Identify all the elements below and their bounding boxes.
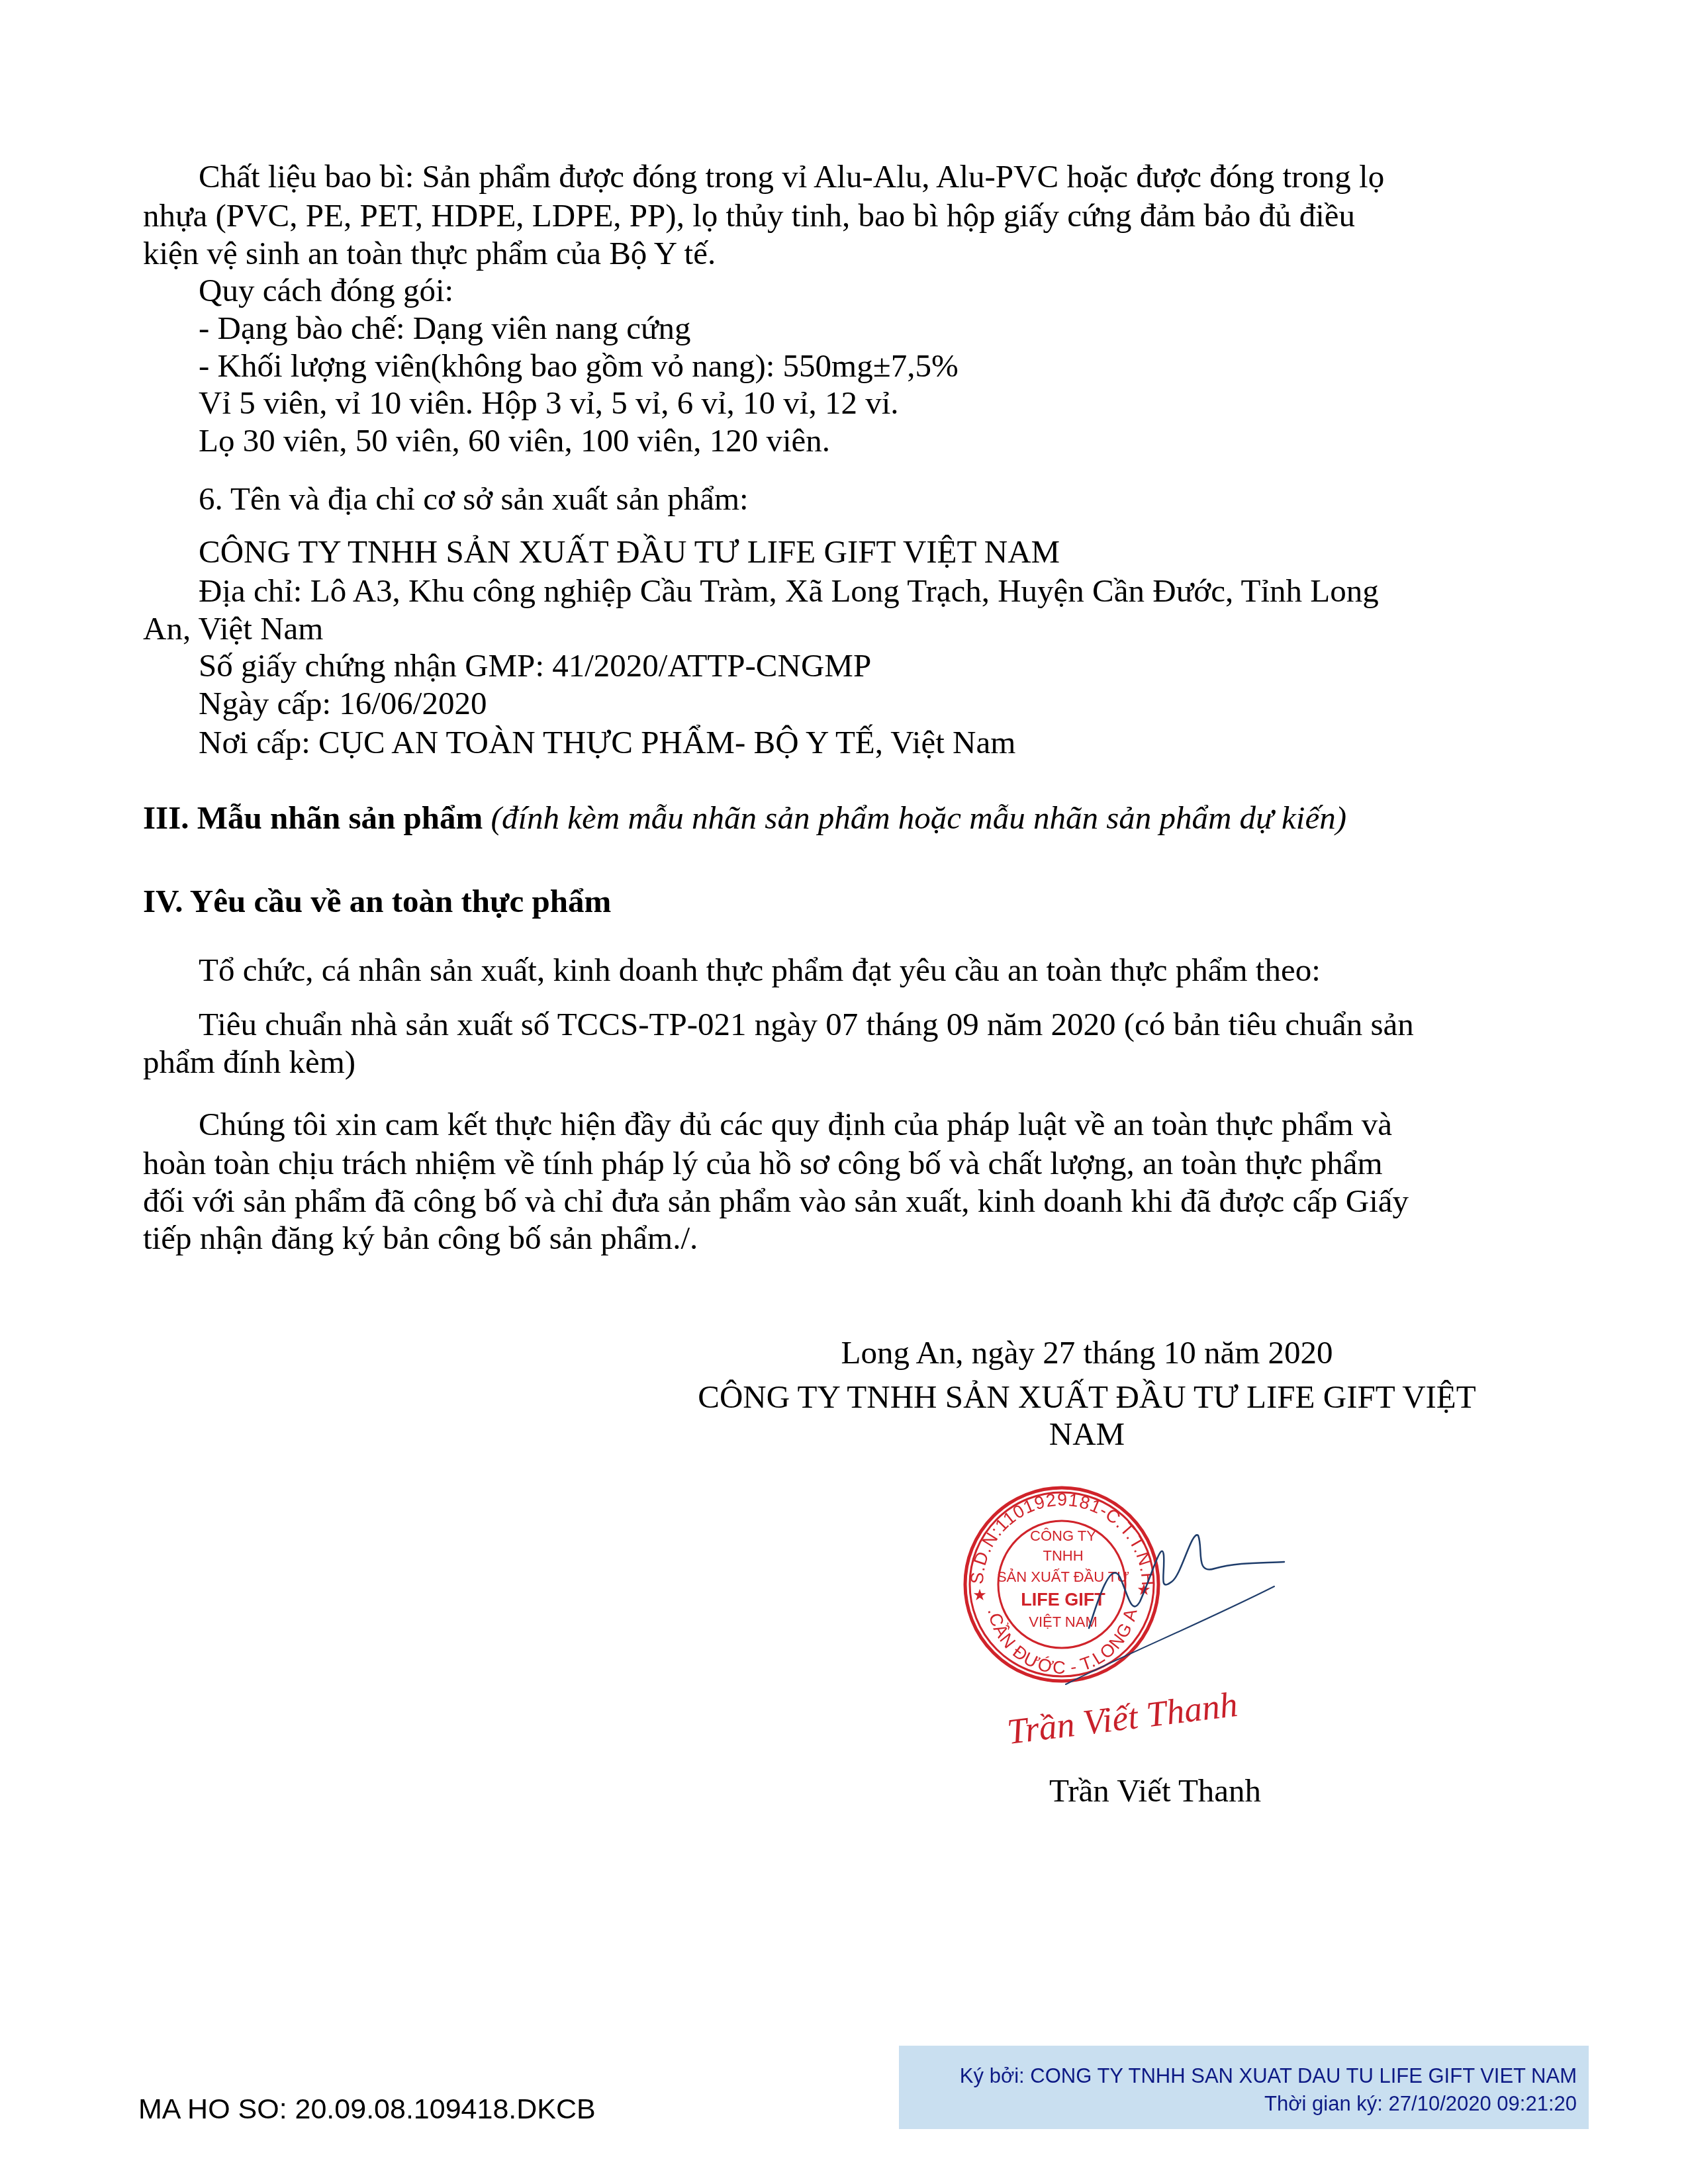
manufacturer-name: CÔNG TY TNHH SẢN XUẤT ĐẦU TƯ LIFE GIFT V… bbox=[199, 535, 1060, 568]
section-4-title: IV. Yêu cầu về an toàn thực phẩm bbox=[143, 885, 611, 917]
signing-company-line-1: CÔNG TY TNHH SẢN XUẤT ĐẦU TƯ LIFE GIFT V… bbox=[624, 1381, 1550, 1413]
gmp-number: Số giấy chứng nhận GMP: 41/2020/ATTP-CNG… bbox=[199, 649, 871, 682]
stamp-star-right-icon: ★ bbox=[1137, 1581, 1151, 1599]
section-3-title: III. Mẫu nhãn sản phẩm bbox=[143, 799, 483, 836]
signed-time: Thời gian ký: 27/10/2020 09:21:20 bbox=[1264, 2093, 1577, 2114]
manufacturer-address-line-2: An, Việt Nam bbox=[143, 612, 323, 645]
packaging-material-line-1: Chất liệu bao bì: Sản phẩm được đóng tro… bbox=[199, 160, 1384, 193]
standard-line-1: Tiêu chuẩn nhà sản xuất số TCCS-TP-021 n… bbox=[199, 1008, 1414, 1040]
stamp-line-4: LIFE GIFT bbox=[1021, 1590, 1105, 1610]
commitment-line-1: Chúng tôi xin cam kết thực hiện đầy đủ c… bbox=[199, 1108, 1392, 1140]
packaging-material-line-2: nhựa (PVC, PE, PET, HDPE, LDPE, PP), lọ … bbox=[143, 199, 1355, 232]
standard-line-2: phẩm đính kèm) bbox=[143, 1046, 355, 1078]
stamp-line-2: TNHH bbox=[1043, 1547, 1083, 1564]
capsule-weight: - Khối lượng viên(không bao gồm vỏ nang)… bbox=[199, 349, 959, 382]
section-3-heading: III. Mẫu nhãn sản phẩm (đính kèm mẫu nhã… bbox=[143, 801, 1346, 834]
commitment-line-3: đối với sản phẩm đã công bố và chỉ đưa s… bbox=[143, 1185, 1409, 1217]
section-4-intro: Tổ chức, cá nhân sản xuất, kinh doanh th… bbox=[199, 954, 1321, 986]
place-date: Long An, ngày 27 tháng 10 năm 2020 bbox=[624, 1336, 1550, 1369]
signing-company-line-2: NAM bbox=[624, 1418, 1550, 1450]
signed-by: Ký bởi: CONG TY TNHH SAN XUAT DAU TU LIF… bbox=[960, 2066, 1577, 2086]
commitment-line-4: tiếp nhận đăng ký bản công bố sản phẩm./… bbox=[143, 1222, 698, 1254]
gmp-issue-date: Ngày cấp: 16/06/2020 bbox=[199, 687, 487, 719]
stamp-line-5: VIỆT NAM bbox=[1029, 1614, 1098, 1630]
packaging-spec-title: Quy cách đóng gói: bbox=[199, 274, 453, 306]
manufacturer-address-line-1: Địa chỉ: Lô A3, Khu công nghiệp Cầu Tràm… bbox=[199, 574, 1379, 607]
document-page: Chất liệu bao bì: Sản phẩm được đóng tro… bbox=[0, 0, 1688, 2184]
packaging-material-line-3: kiện vệ sinh an toàn thực phẩm của Bộ Y … bbox=[143, 237, 716, 269]
section-3-note: (đính kèm mẫu nhãn sản phẩm hoặc mẫu nhã… bbox=[491, 799, 1346, 836]
stamp-line-1: CÔNG TY bbox=[1030, 1527, 1096, 1544]
blister-spec: Vỉ 5 viên, vỉ 10 viên. Hộp 3 vỉ, 5 vỉ, 6… bbox=[199, 387, 899, 419]
manufacturer-heading: 6. Tên và địa chỉ cơ sở sản xuất sản phẩ… bbox=[199, 482, 749, 515]
gmp-issued-by: Nơi cấp: CỤC AN TOÀN THỰC PHẨM- BỘ Y TẾ,… bbox=[199, 726, 1015, 758]
digital-signature-box: Ký bởi: CONG TY TNHH SAN XUAT DAU TU LIF… bbox=[899, 2046, 1589, 2129]
commitment-line-2: hoàn toàn chịu trách nhiệm về tính pháp … bbox=[143, 1147, 1383, 1179]
dosage-form: - Dạng bào chế: Dạng viên nang cứng bbox=[199, 312, 691, 344]
file-code: MA HO SO: 20.09.08.109418.DKCB bbox=[138, 2095, 596, 2124]
signer-name: Trần Viết Thanh bbox=[1049, 1774, 1261, 1807]
bottle-spec: Lọ 30 viên, 50 viên, 60 viên, 100 viên, … bbox=[199, 424, 830, 457]
stamp-star-left-icon: ★ bbox=[972, 1586, 987, 1604]
